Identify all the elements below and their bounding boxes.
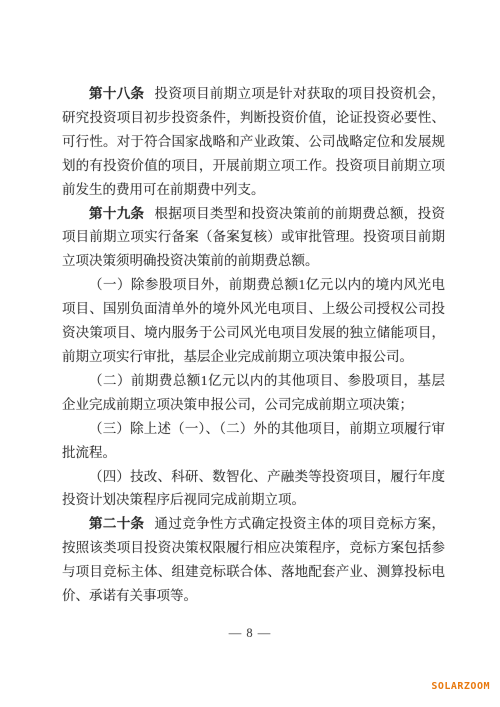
paragraph-article-20: 第二十条通过竞争性方式确定投资主体的项目竞标方案，按照该类项目投资决策权限履行相… — [62, 512, 445, 608]
article-20-label: 第二十条 — [89, 516, 144, 531]
page-number: — 8 — — [0, 626, 500, 641]
paragraph-text: （二）前期费总额1亿元以内的其他项目、参股项目，基层企业完成前期立项决策申报公司… — [62, 373, 445, 412]
paragraph-text: 投资项目前期立项是针对获取的项目投资机会，研究投资项目初步投资条件，判断投资价值… — [62, 86, 445, 197]
paragraph-article-18: 第十八条投资项目前期立项是针对获取的项目投资机会，研究投资项目初步投资条件，判断… — [62, 82, 445, 202]
paragraph-item-3: （三）除上述（一）、（二）外的其他项目，前期立项履行审批流程。 — [62, 417, 445, 465]
solarzoom-watermark: SOLARZOOM — [431, 681, 490, 692]
document-body: 第十八条投资项目前期立项是针对获取的项目投资机会，研究投资项目初步投资条件，判断… — [62, 82, 445, 608]
article-19-label: 第十九条 — [89, 206, 144, 221]
paragraph-text: （三）除上述（一）、（二）外的其他项目，前期立项履行审批流程。 — [62, 421, 445, 460]
paragraph-article-19: 第十九条根据项目类型和投资决策前的前期费总额，投资项目前期立项实行备案（备案复核… — [62, 202, 445, 274]
paragraph-item-4: （四）技改、科研、数智化、产融类等投资项目，履行年度投资计划决策程序后视同完成前… — [62, 465, 445, 513]
document-page: 第十八条投资项目前期立项是针对获取的项目投资机会，研究投资项目初步投资条件，判断… — [0, 0, 500, 707]
article-18-label: 第十八条 — [89, 86, 144, 101]
paragraph-text: （一）除参股项目外，前期费总额1亿元以内的境内风光电项目、国别负面清单外的境外风… — [62, 277, 445, 364]
paragraph-item-1: （一）除参股项目外，前期费总额1亿元以内的境内风光电项目、国别负面清单外的境外风… — [62, 273, 445, 369]
paragraph-item-2: （二）前期费总额1亿元以内的其他项目、参股项目，基层企业完成前期立项决策申报公司… — [62, 369, 445, 417]
paragraph-text: （四）技改、科研、数智化、产融类等投资项目，履行年度投资计划决策程序后视同完成前… — [62, 469, 445, 508]
